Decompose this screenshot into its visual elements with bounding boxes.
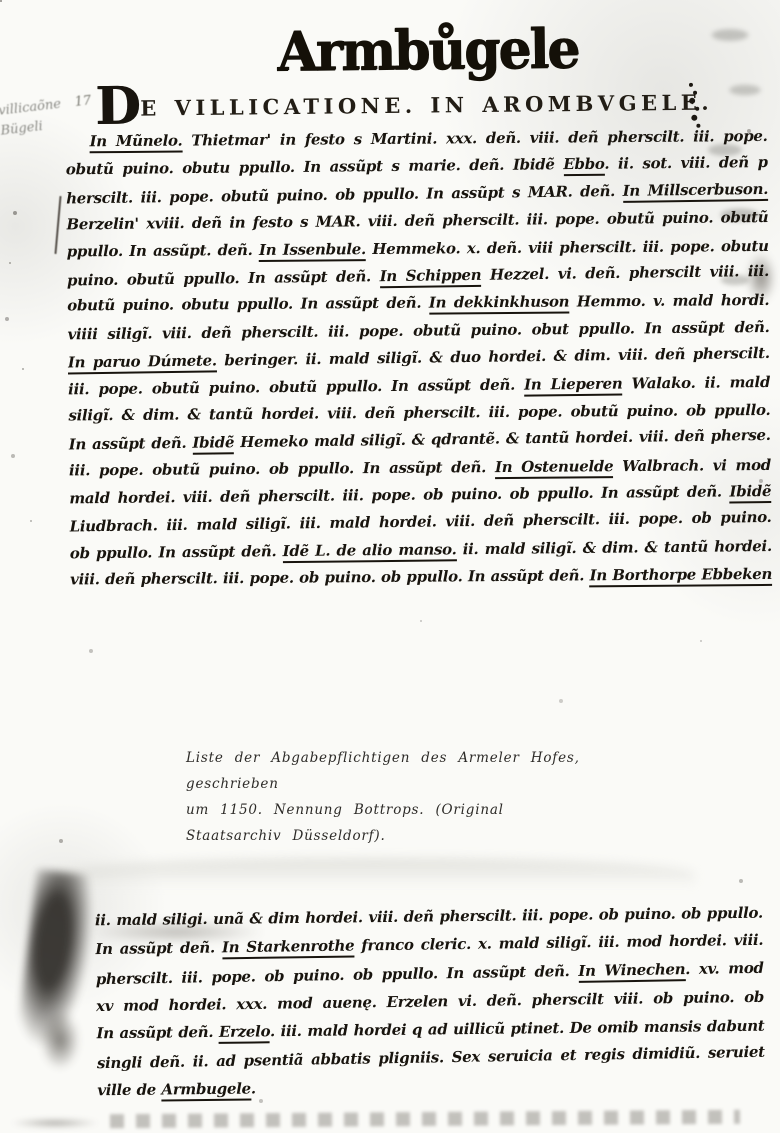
scan-specks [0,0,2,2]
underlined-place-name: Armbugele [161,1079,251,1101]
underlined-place-name: In Starkenrothe [222,937,355,960]
underlined-place-name: In Winechen [578,960,685,983]
manuscript-facsimile-bottom: ii. mald siligi. unã & dim hordei. viii.… [0,0,780,1133]
scanned-book-page: Armbůgele villicaõne17 Bügeli DE VILLICA… [0,0,780,1133]
underlined-place-name: Erzelo [219,1022,270,1044]
manuscript-bottom-text-block: ii. mald siligi. unã & dim hordei. viii.… [95,898,766,1105]
